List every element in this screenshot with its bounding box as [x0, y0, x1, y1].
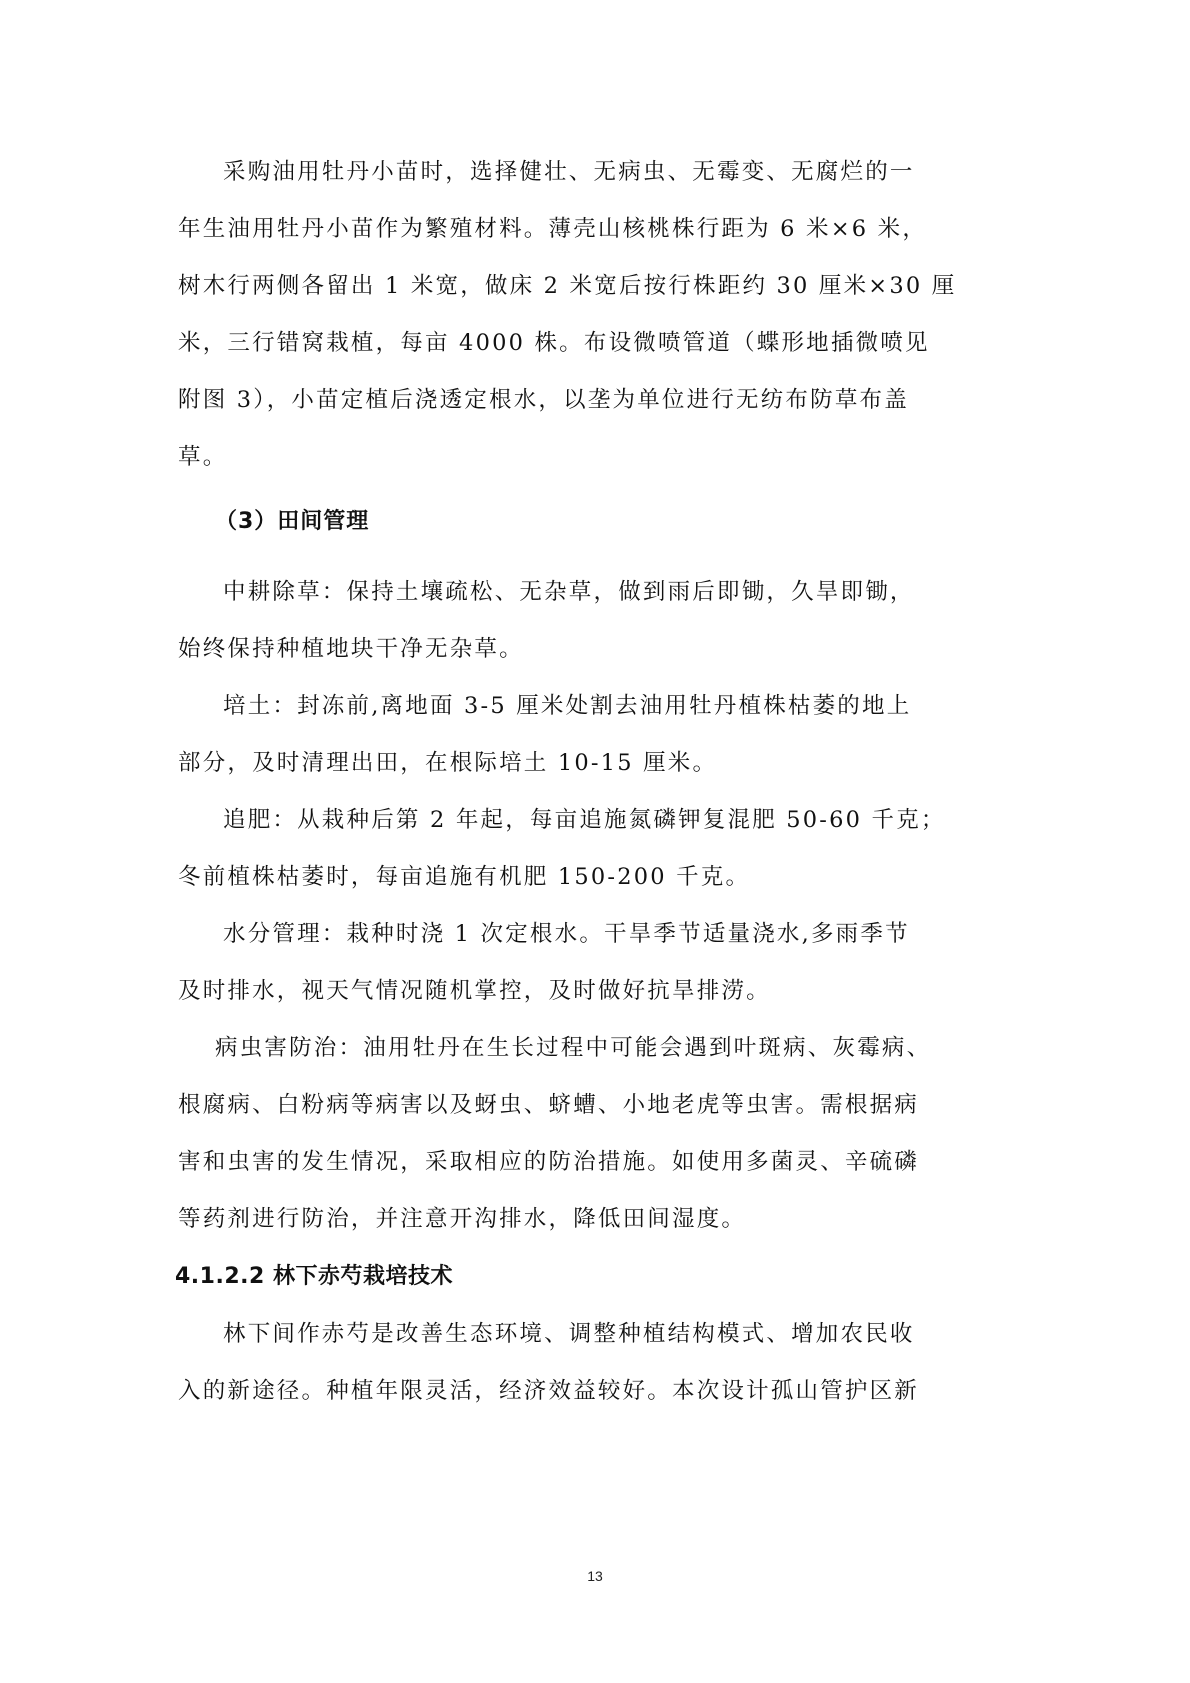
paragraph-line: 草。 — [178, 442, 968, 472]
paragraph-line: 米，三行错窝栽植，每亩 4000 株。布设微喷管道（蝶形地插微喷见 — [178, 328, 968, 358]
paragraph-line: 采购油用牡丹小苗时，选择健壮、无病虫、无霉变、无腐烂的一 — [223, 157, 1013, 187]
paragraph-line: 附图 3），小苗定植后浇透定根水，以垄为单位进行无纺布防草布盖 — [178, 385, 968, 415]
water-line: 水分管理：栽种时浇 1 次定根水。干旱季节适量浇水,多雨季节 — [223, 919, 1013, 949]
paragraph-line: 树木行两侧各留出 1 米宽，做床 2 米宽后按行株距约 30 厘米×30 厘 — [178, 271, 968, 301]
pest-line: 病虫害防治：油用牡丹在生长过程中可能会遇到叶斑病、灰霉病、 — [215, 1033, 1005, 1063]
water-line: 及时排水，视天气情况随机掌控，及时做好抗旱排涝。 — [178, 976, 968, 1006]
chishao-line: 入的新途径。种植年限灵活，经济效益较好。本次设计孤山管护区新 — [178, 1376, 968, 1406]
page-number: 13 — [0, 1568, 1190, 1584]
document-page: 采购油用牡丹小苗时，选择健壮、无病虫、无霉变、无腐烂的一 年生油用牡丹小苗作为繁… — [0, 0, 1190, 1683]
weeding-line: 中耕除草：保持土壤疏松、无杂草，做到雨后即锄，久旱即锄， — [223, 577, 1013, 607]
pest-line: 害和虫害的发生情况，采取相应的防治措施。如使用多菌灵、辛硫磷 — [178, 1147, 968, 1177]
weeding-line: 始终保持种植地块干净无杂草。 — [178, 634, 968, 664]
fertilizing-line: 追肥：从栽种后第 2 年起，每亩追施氮磷钾复混肥 50-60 千克； — [223, 805, 1013, 835]
pest-line: 根腐病、白粉病等病害以及蚜虫、蛴螬、小地老虎等虫害。需根据病 — [178, 1090, 968, 1120]
chishao-line: 林下间作赤芍是改善生态环境、调整种植结构模式、增加农民收 — [223, 1319, 1013, 1349]
subheading-field-management: （3）田间管理 — [215, 507, 1005, 537]
paragraph-line: 年生油用牡丹小苗作为繁殖材料。薄壳山核桃株行距为 6 米×6 米， — [178, 214, 968, 244]
earthing-line: 部分，及时清理出田，在根际培土 10-15 厘米。 — [178, 748, 968, 778]
section-heading: 4.1.2.2 林下赤芍栽培技术 — [175, 1262, 965, 1292]
pest-line: 等药剂进行防治，并注意开沟排水，降低田间湿度。 — [178, 1204, 968, 1234]
fertilizing-line: 冬前植株枯萎时，每亩追施有机肥 150-200 千克。 — [178, 862, 968, 892]
earthing-line: 培土：封冻前,离地面 3-5 厘米处割去油用牡丹植株枯萎的地上 — [223, 691, 1013, 721]
